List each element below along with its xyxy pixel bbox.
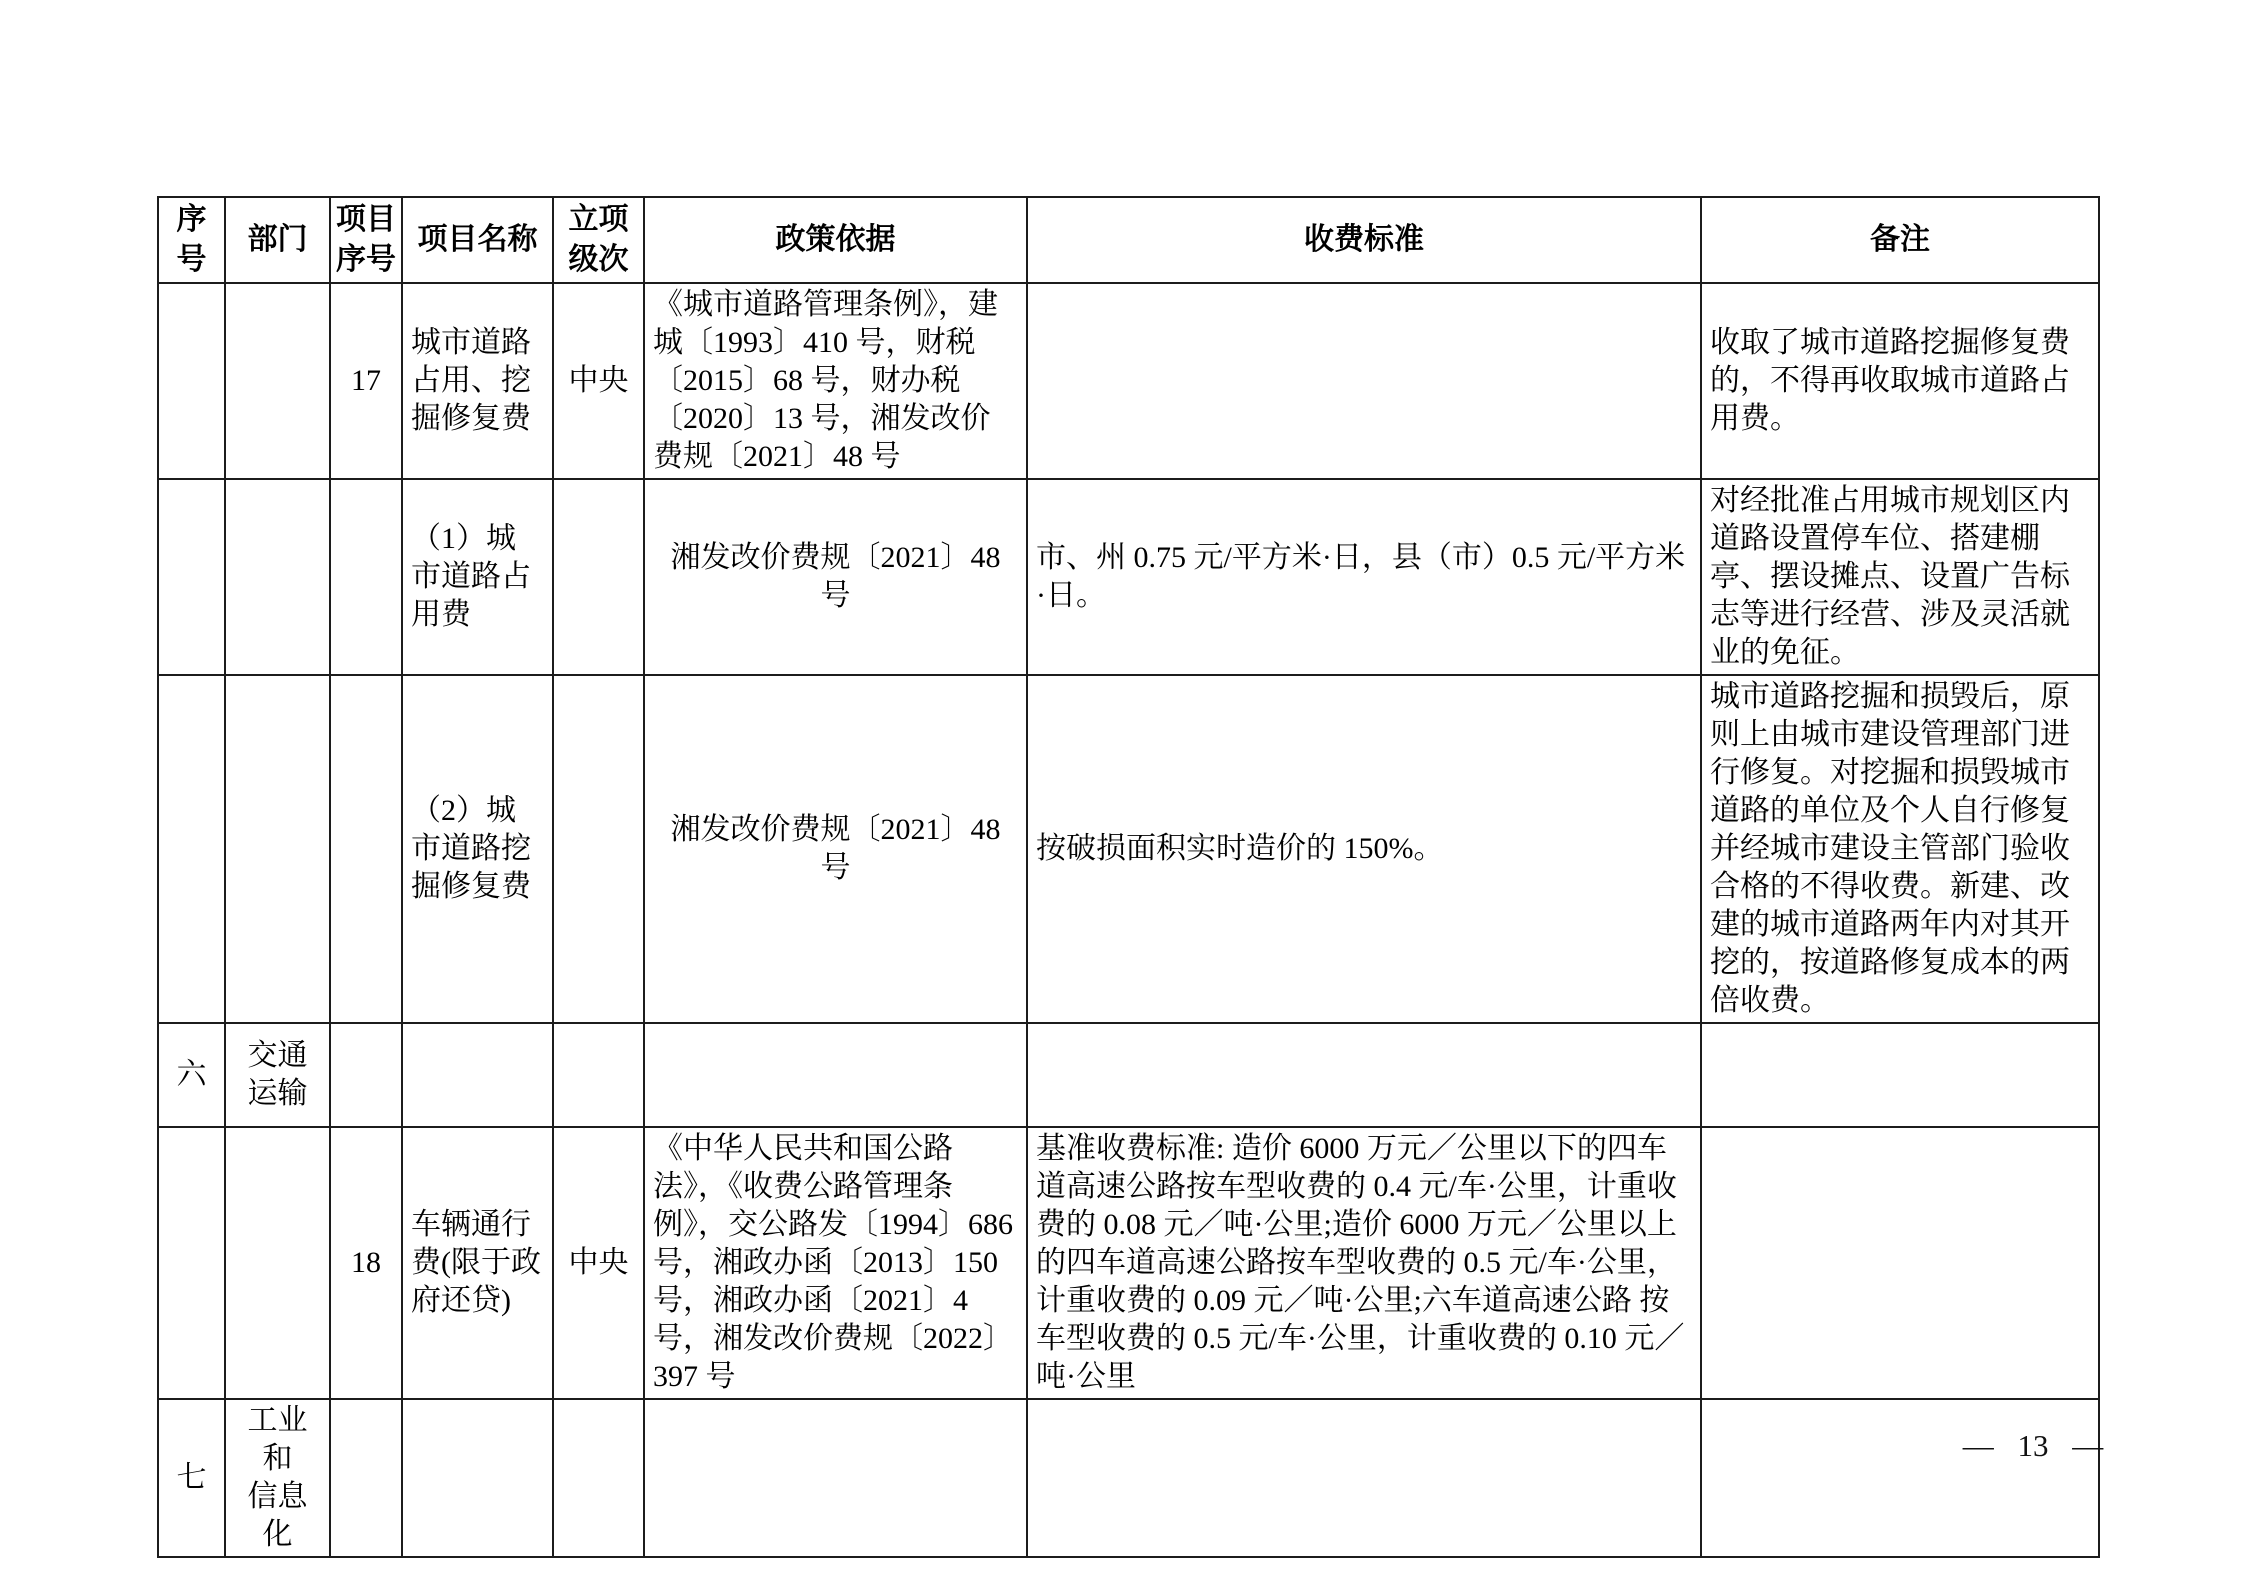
- page-number: — 13 —: [1928, 1426, 2138, 1466]
- col-header-policy-basis: 政策依据: [644, 197, 1027, 283]
- cell-fee-standard: 基准收费标准: 造价 6000 万元／公里以下的四车道高速公路按车型收费的 0.…: [1027, 1127, 1701, 1399]
- col-header-item-no: 项目序号: [330, 197, 402, 283]
- col-header-remarks: 备注: [1701, 197, 2099, 283]
- cell-level: 中央: [553, 283, 644, 479]
- cell-level: [553, 675, 644, 1023]
- cell-level: 中央: [553, 1127, 644, 1399]
- cell-remarks: [1701, 1127, 2099, 1399]
- cell-policy-basis: [644, 1023, 1027, 1127]
- cell-item-no: [330, 479, 402, 675]
- cell-policy-basis: 《城市道路管理条例》，建城〔1993〕410 号，财税〔2015〕68 号，财办…: [644, 283, 1027, 479]
- cell-dept: 交通 运输: [225, 1023, 330, 1127]
- cell-fee-standard: [1027, 283, 1701, 479]
- cell-remarks: [1701, 1399, 2099, 1557]
- table-row: （2）城市道路挖掘修复费 湘发改价费规〔2021〕48 号 按破损面积实时造价的…: [158, 675, 2099, 1023]
- cell-policy-basis: 湘发改价费规〔2021〕48 号: [644, 479, 1027, 675]
- cell-item-name: [402, 1023, 553, 1127]
- cell-policy-basis: [644, 1399, 1027, 1557]
- cell-item-no: [330, 1023, 402, 1127]
- col-header-seq: 序号: [158, 197, 225, 283]
- cell-remarks: [1701, 1023, 2099, 1127]
- cell-level: [553, 1023, 644, 1127]
- cell-policy-basis: 湘发改价费规〔2021〕48 号: [644, 675, 1027, 1023]
- header-row: 序号 部门 项目序号 项目名称 立项级次 政策依据 收费标准 备注: [158, 197, 2099, 283]
- col-header-dept: 部门: [225, 197, 330, 283]
- col-header-fee-standard: 收费标准: [1027, 197, 1701, 283]
- cell-seq: [158, 1127, 225, 1399]
- table-row: 七 工业和 信息化: [158, 1399, 2099, 1557]
- document-page: 序号 部门 项目序号 项目名称 立项级次 政策依据 收费标准 备注 17 城市道…: [0, 0, 2246, 1588]
- cell-fee-standard: 按破损面积实时造价的 150%。: [1027, 675, 1701, 1023]
- cell-seq: 七: [158, 1399, 225, 1557]
- cell-item-no: 18: [330, 1127, 402, 1399]
- cell-item-no: [330, 1399, 402, 1557]
- cell-item-no: 17: [330, 283, 402, 479]
- cell-item-name: （2）城市道路挖掘修复费: [402, 675, 553, 1023]
- fee-schedule-table: 序号 部门 项目序号 项目名称 立项级次 政策依据 收费标准 备注 17 城市道…: [157, 196, 2100, 1558]
- cell-dept: 工业和 信息化: [225, 1399, 330, 1557]
- cell-remarks: 对经批准占用城市规划区内道路设置停车位、搭建棚亭、摆设摊点、设置广告标志等进行经…: [1701, 479, 2099, 675]
- cell-level: [553, 1399, 644, 1557]
- cell-fee-standard: 市、州 0.75 元/平方米·日，县（市）0.5 元/平方米·日。: [1027, 479, 1701, 675]
- cell-item-name: （1）城市道路占用费: [402, 479, 553, 675]
- cell-seq: [158, 675, 225, 1023]
- cell-level: [553, 479, 644, 675]
- cell-dept: [225, 1127, 330, 1399]
- table-row: （1）城市道路占用费 湘发改价费规〔2021〕48 号 市、州 0.75 元/平…: [158, 479, 2099, 675]
- cell-seq: 六: [158, 1023, 225, 1127]
- cell-dept: [225, 675, 330, 1023]
- cell-remarks: 收取了城市道路挖掘修复费的，不得再收取城市道路占用费。: [1701, 283, 2099, 479]
- cell-dept: [225, 283, 330, 479]
- cell-item-name: 城市道路占用、挖掘修复费: [402, 283, 553, 479]
- cell-fee-standard: [1027, 1023, 1701, 1127]
- col-header-level: 立项级次: [553, 197, 644, 283]
- cell-dept: [225, 479, 330, 675]
- table-row: 18 车辆通行费(限于政府还贷) 中央 《中华人民共和国公路法》，《收费公路管理…: [158, 1127, 2099, 1399]
- cell-remarks: 城市道路挖掘和损毁后，原则上由城市建设管理部门进行修复。对挖掘和损毁城市道路的单…: [1701, 675, 2099, 1023]
- cell-seq: [158, 479, 225, 675]
- cell-item-no: [330, 675, 402, 1023]
- table-row: 17 城市道路占用、挖掘修复费 中央 《城市道路管理条例》，建城〔1993〕41…: [158, 283, 2099, 479]
- table-row: 六 交通 运输: [158, 1023, 2099, 1127]
- cell-item-name: 车辆通行费(限于政府还贷): [402, 1127, 553, 1399]
- cell-policy-basis: 《中华人民共和国公路法》，《收费公路管理条例》，交公路发〔1994〕686 号，…: [644, 1127, 1027, 1399]
- cell-item-name: [402, 1399, 553, 1557]
- col-header-item-name: 项目名称: [402, 197, 553, 283]
- cell-fee-standard: [1027, 1399, 1701, 1557]
- cell-seq: [158, 283, 225, 479]
